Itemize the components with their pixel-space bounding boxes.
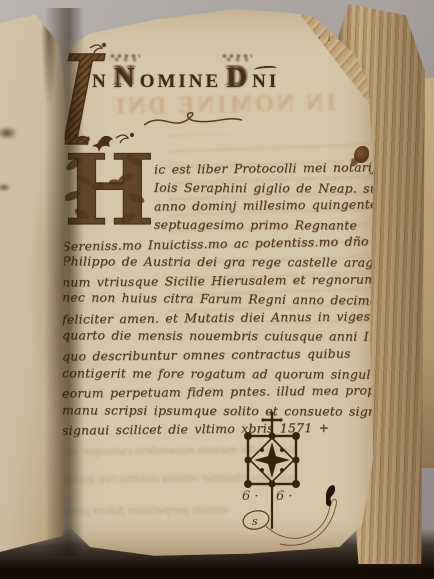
title-segment-ornate: N [114,62,135,95]
text-line: quarto die mensis nouembris cuiusque ann… [62,327,376,347]
text-line: contigerit me fore rogatum ad quorum sin… [62,364,376,384]
title-segment: OMINE [140,71,222,93]
text-line: eorum perpetuam fidem pntes. illud mea p… [62,381,376,403]
photo-of-open-manuscript: IN NOMINE DNI · i · [0,0,434,579]
ink-showthrough-line: eorum perpetuam fidem pntes. illud mea p… [58,503,228,517]
pen-flourish [266,499,336,545]
manuscript-page: IN NOMINE DNI · i · [58,6,378,558]
sign-right-label: 6 · [276,489,293,504]
text-line: ic est liber Protocolli mei notarij [62,158,376,180]
text-line: Philippo de Austria dei gra rege castell… [62,252,376,272]
page-title: N N OMINE D NI [92,62,279,95]
ribbon-mark [326,485,335,506]
sign-left-label: 6 · [242,489,259,504]
title-segment-ornate: D [226,62,247,95]
text-line: anno dominj millesimo quingentesimo [62,196,376,218]
text-line: quo describuntur omnes contractus quibus [62,344,376,366]
calligraphic-flourish [142,110,244,132]
handwritten-text-block: ic est liber Protocolli mei notarij Iois… [62,160,376,439]
title-segment: N [92,71,109,93]
text-line: septuagesimo primo Regnante [62,215,376,235]
sign-loop-letter: s [252,515,258,528]
previous-folio-edge [0,12,70,552]
title-segment-abbreviated: NI [252,71,279,93]
